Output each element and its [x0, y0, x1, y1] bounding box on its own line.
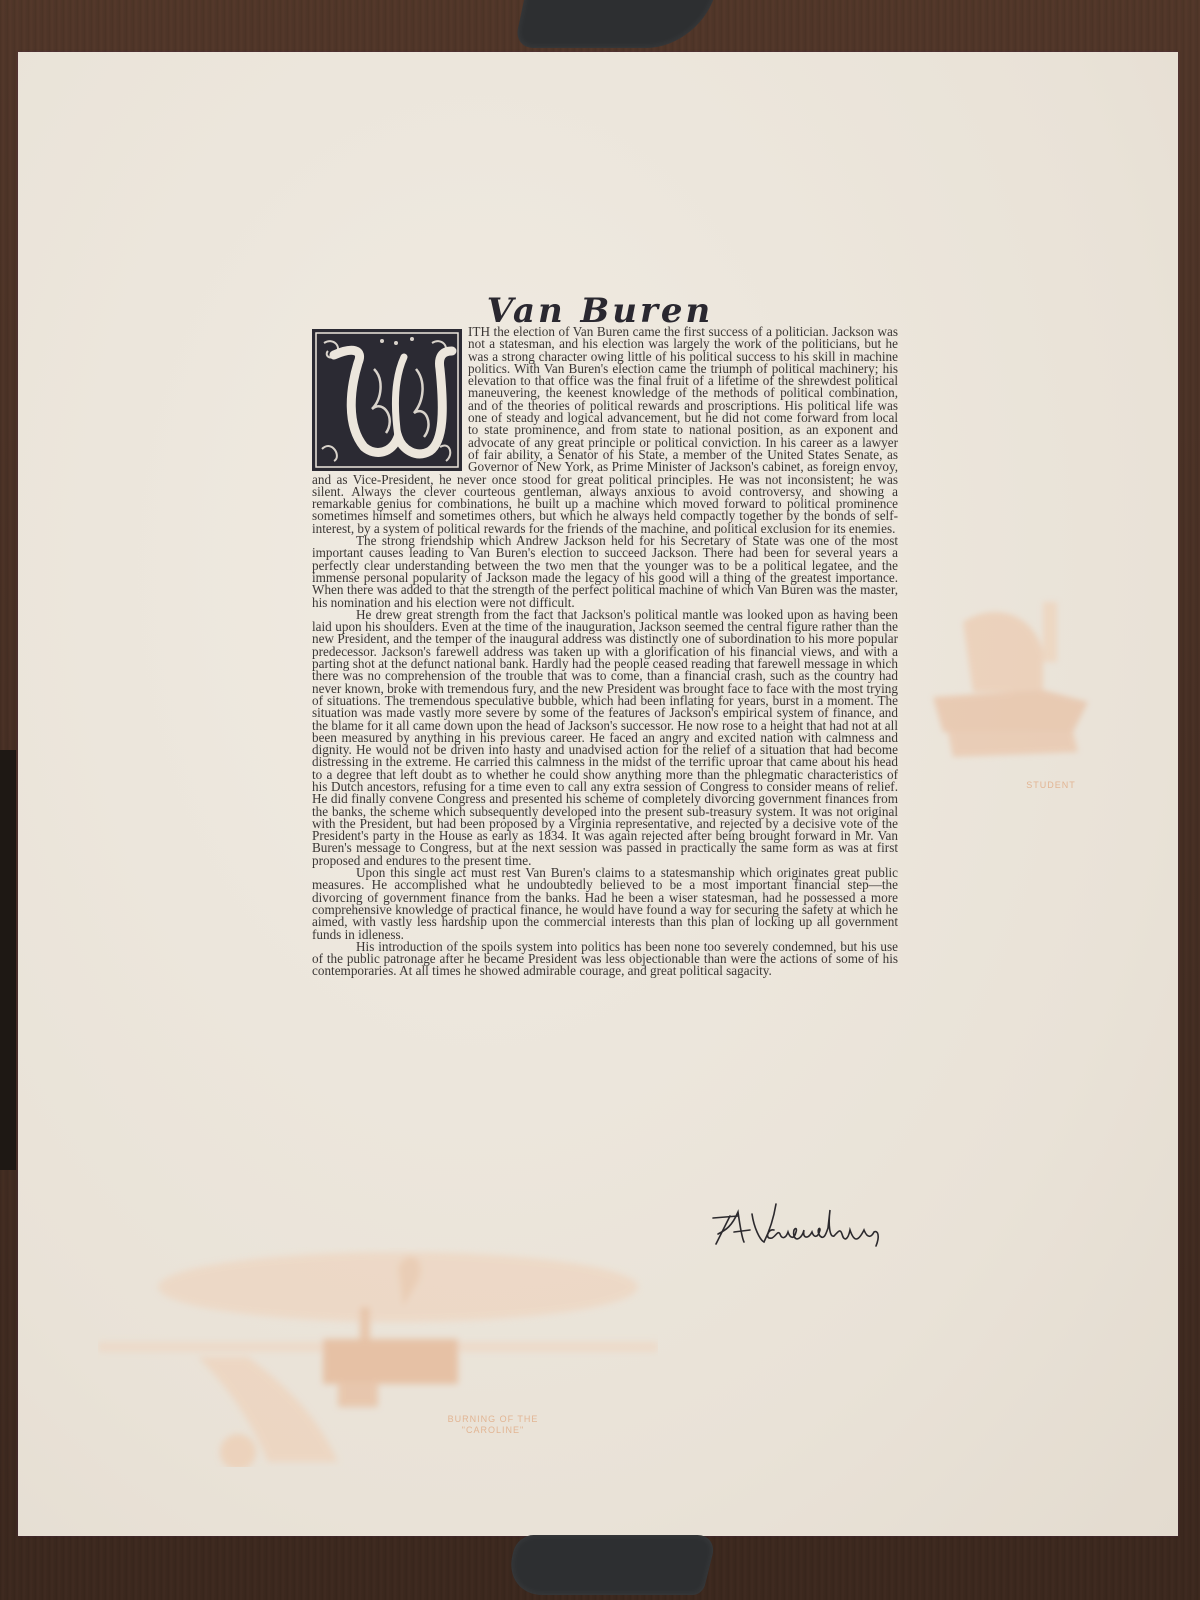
paragraph-4: Upon this single act must rest Van Buren…	[312, 867, 898, 941]
student-illustration	[903, 592, 1103, 772]
student-caption: STUDENT	[1011, 780, 1091, 791]
article-body: ITH the election of Van Buren came the f…	[312, 326, 898, 978]
caroline-caption-line2: "CAROLINE"	[428, 1425, 558, 1436]
caroline-caption: BURNING OF THE "CAROLINE"	[428, 1414, 558, 1436]
tape-top	[514, 0, 716, 48]
paragraph-2: The strong friendship which Andrew Jacks…	[312, 535, 898, 609]
tape-bottom	[503, 1535, 718, 1595]
signature: F.A. Vanderlip	[708, 1200, 898, 1250]
ornamental-w-icon	[312, 329, 462, 471]
drop-cap-w	[312, 329, 462, 471]
caroline-caption-line1: BURNING OF THE	[428, 1414, 558, 1425]
backing-shadow	[0, 750, 16, 1170]
paragraph-3: He drew great strength from the fact tha…	[312, 609, 898, 867]
caroline-illustration	[98, 1247, 658, 1467]
paragraph-5: His introduction of the spoils system in…	[312, 941, 898, 978]
